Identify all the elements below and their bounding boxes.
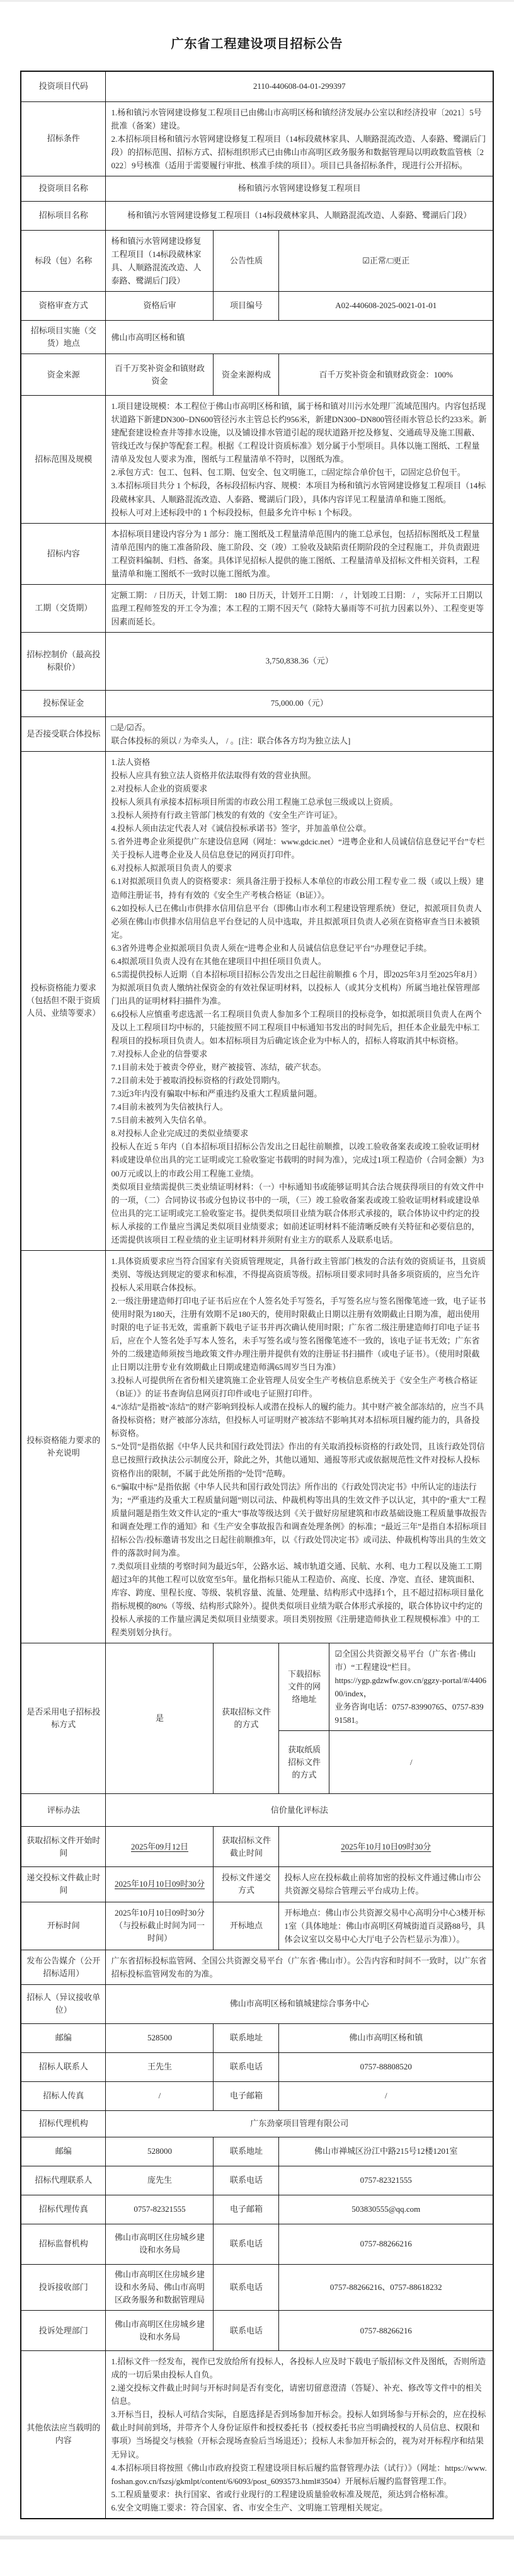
table-row: 招标控制价（最高投标限价） 3,750,838.36（元）	[21, 632, 493, 690]
submission-deadline-label: 递交投标文件截止时间	[21, 1867, 106, 1902]
paper-documents-value: /	[329, 1731, 493, 1794]
table-row: 递交投标文件截止时间 2025年10月10日09时30分 投标文件递交方式 投标…	[21, 1867, 493, 1902]
fund-source-value: 百千万奖补资金和镇财政资金	[106, 354, 214, 396]
obtain-start-label: 获取招标文件开始时间	[21, 1827, 106, 1867]
tenderer-phone-value: 0757-88808520	[279, 2052, 493, 2081]
evaluation-method-label: 评标办法	[21, 1794, 106, 1827]
table-row: 招标内容 本招标项目建设内容分为 1 部分：施工图纸及工程量清单范围内的施工总承…	[21, 523, 493, 584]
tender-content-value: 本招标项目建设内容分为 1 部分：施工图纸及工程量清单范围内的施工总承包，包括招…	[106, 523, 493, 584]
table-row: 招标代理机构 广东劲豪项目管理有限公司	[21, 2110, 493, 2137]
bid-deposit-value: 75,000.00（元）	[106, 690, 493, 716]
download-address-value: ☑全国公共资源交易平台（广东省·佛山市）“工程建设”栏目。 https://yg…	[329, 1643, 493, 1731]
qualification-review-value: 资格后审	[106, 291, 214, 320]
submission-deadline-value: 2025年10月10日09时30分	[106, 1867, 214, 1902]
agency-email-label: 电子邮箱	[214, 2195, 279, 2224]
page-title: 广东省工程建设项目招标公告	[0, 33, 514, 52]
tenderer-phone-label: 联系电话	[214, 2052, 279, 2081]
tenderer-contact-label: 招标人联系人	[21, 2052, 106, 2081]
obtain-deadline-value: 2025年10月10日09时30分	[279, 1827, 493, 1867]
table-row: 是否接受联合体投标 □是/☑否。 联合体投标的须以 / 为牵头人， / 。[注：…	[21, 716, 493, 751]
bid-deposit-label: 投标保证金	[21, 690, 106, 716]
table-row: 资格审查方式 资格后审 项目编号 A02-440608-2025-0021-01…	[21, 291, 493, 320]
supervisor-label: 招标监督机构	[21, 2224, 106, 2264]
agency-contact-value: 庞先生	[106, 2166, 214, 2195]
qualification-requirements-label: 投标资格能力要求（包括但不限于资质人员、业绩等要求）	[21, 752, 106, 1251]
project-code-value: 2110-440608-04-01-299397	[106, 71, 493, 101]
tender-content-label: 招标内容	[21, 523, 106, 584]
tenderer-fax-value: /	[106, 2081, 214, 2110]
announcement-media-label: 发布公告媒介（公开招标适用）	[21, 1950, 106, 1984]
agency-fax-value: 0757-82321555	[106, 2195, 214, 2224]
table-row: 投标资格能力要求（包括但不限于资质人员、业绩等要求） 1.法人资格 投标人应具有…	[21, 752, 493, 1251]
complaint-handling-phone-label: 联系电话	[214, 2311, 279, 2351]
table-row: 投诉处理部门 佛山市高明区住房城乡建设和水务局 联系电话 0757-882662…	[21, 2311, 493, 2351]
obtain-deadline-label: 获取招标文件截止时间	[214, 1827, 279, 1867]
scope-value: 1.项目建设规模：本工程位于佛山市高明区杨和镇，属于杨和镇对川污水处理厂流域范围…	[106, 396, 493, 523]
obtain-documents-label: 获取招标文件的方式	[214, 1643, 279, 1794]
opening-place-value: 开标地点：佛山市公共资源交易中心高明分中心3楼开标1室（具体地址：佛山市高明区荷…	[279, 1902, 493, 1950]
table-row: 发布公告媒介（公开招标适用） 广东省招标投标监管网、全国公共资源交易平台（广东省…	[21, 1950, 493, 1984]
table-row: 招标代理传真 0757-82321555 电子邮箱 503830555@qq.c…	[21, 2195, 493, 2224]
table-row: 招标项目名称 杨和镇污水管网建设修复工程项目（14标段葳林家具、人顺路混流改造、…	[21, 201, 493, 230]
agency-phone-label: 联系电话	[214, 2166, 279, 2195]
tenderer-contact-value: 王先生	[106, 2052, 214, 2081]
consortium-value: □是/☑否。 联合体投标的须以 / 为牵头人， / 。[注：联合体各方均为独立法…	[106, 716, 493, 751]
table-row: 招标监督机构 佛山市高明区住房城乡建设和水务局 联系电话 0757-882662…	[21, 2224, 493, 2264]
table-row: 开标时间 2025年10月10日09时30分（与投标截止时间为同一时间） 开标地…	[21, 1902, 493, 1950]
complaint-handling-value: 佛山市高明区住房城乡建设和水务局	[106, 2311, 214, 2351]
complaint-receiving-phone-value: 0757-88266216、0757-88618232	[279, 2264, 493, 2310]
tender-project-name-label: 招标项目名称	[21, 201, 106, 230]
table-row: 投资项目名称 杨和镇污水管网建设修复工程项目	[21, 176, 493, 201]
tenderer-label: 招标人（异议接收单位）	[21, 1984, 106, 2023]
tenderer-value: 佛山市高明区杨和镇城建综合事务中心	[106, 1984, 493, 2023]
bottom-border	[0, 2536, 514, 2539]
table-row: 招标项目实施（交货）地点 佛山市高明区杨和镇	[21, 320, 493, 354]
tenderer-address-value: 佛山市高明区杨和镇	[279, 2023, 493, 2052]
fund-source-label: 资金来源	[21, 354, 106, 396]
table-row: 邮编 528000 联系地址 佛山市禅城区汾江中路215号12楼1201室	[21, 2137, 493, 2166]
agency-value: 广东劲豪项目管理有限公司	[106, 2110, 493, 2137]
table-row: 招标范围及规模 1.项目建设规模：本工程位于佛山市高明区杨和镇，属于杨和镇对川污…	[21, 396, 493, 523]
agency-address-value: 佛山市禅城区汾江中路215号12楼1201室	[279, 2137, 493, 2166]
project-number-value: A02-440608-2025-0021-01-01	[279, 291, 493, 320]
other-content-label: 其他依法应当载明的内容	[21, 2351, 106, 2519]
agency-contact-label: 招标代理联系人	[21, 2166, 106, 2195]
complaint-handling-label: 投诉处理部门	[21, 2311, 106, 2351]
table-row: 评标办法 信价量化评标法	[21, 1794, 493, 1827]
download-address-label: 下载招标文件的网络地址	[279, 1643, 329, 1731]
tenderer-postcode-label: 邮编	[21, 2023, 106, 2052]
announcement-media-value: 广东省招标投标监管网、全国公共资源交易平台（广东省·佛山市）。公告内容和时间不一…	[106, 1950, 493, 1984]
delivery-place-value: 佛山市高明区杨和镇	[106, 320, 493, 354]
price-ceiling-value: 3,750,838.36（元）	[106, 632, 493, 690]
table-row: 投诉接收部门 佛山市高明区住房城乡建设和水务局、佛山市高明区政务服务和数据管理局…	[21, 2264, 493, 2310]
qualification-supplement-value: 1.具体资质要求应当符合国家有关资质管理规定，具备行政主管部门核发的合法有效的资…	[106, 1250, 493, 1643]
delivery-place-label: 招标项目实施（交货）地点	[21, 320, 106, 354]
tenderer-address-label: 联系地址	[214, 2023, 279, 2052]
price-ceiling-label: 招标控制价（最高投标限价）	[21, 632, 106, 690]
complaint-receiving-phone-label: 联系电话	[214, 2264, 279, 2310]
duration-label: 工期（交货期）	[21, 584, 106, 632]
table-row: 是否采用电子招标投标方式 是 获取招标文件的方式 下载招标文件的网络地址 ☑全国…	[21, 1643, 493, 1731]
agency-address-label: 联系地址	[214, 2137, 279, 2166]
table-row: 投标保证金 75,000.00（元）	[21, 690, 493, 716]
investment-project-name-label: 投资项目名称	[21, 176, 106, 201]
table-row: 招标人（异议接收单位） 佛山市高明区杨和镇城建综合事务中心	[21, 1984, 493, 2023]
notice-nature-label: 公告性质	[214, 230, 279, 291]
submission-method-label: 投标文件递交方式	[214, 1867, 279, 1902]
e-tender-value: 是	[106, 1643, 214, 1794]
duration-value: 定额工期： / 日历天，计划工期： 180 日历天，计划开工日期： / ，计划竣…	[106, 584, 493, 632]
complaint-handling-phone-value: 0757-88266216	[279, 2311, 493, 2351]
scope-label: 招标范围及规模	[21, 396, 106, 523]
supervisor-phone-value: 0757-88266216	[279, 2224, 493, 2264]
section-name-label: 标段（包）名称	[21, 230, 106, 291]
tender-project-name-value: 杨和镇污水管网建设修复工程项目（14标段葳林家具、人顺路混流改造、人泰路、鹭湖后…	[106, 201, 493, 230]
project-number-label: 项目编号	[214, 291, 279, 320]
fund-composition-value: 百千万奖补资金和镇财政资金：100%	[279, 354, 493, 396]
table-row: 招标代理联系人 庞先生 联系电话 0757-82321555	[21, 2166, 493, 2195]
table-row: 标段（包）名称 杨和镇污水管网建设修复工程项目（14标段葳林家具、人顺路混流改造…	[21, 230, 493, 291]
fund-composition-label: 资金来源构成	[214, 354, 279, 396]
supervisor-value: 佛山市高明区住房城乡建设和水务局	[106, 2224, 214, 2264]
evaluation-method-value: 信价量化评标法	[106, 1794, 493, 1827]
agency-postcode-value: 528000	[106, 2137, 214, 2166]
table-row: 获取招标文件开始时间 2025年09月12日 获取招标文件截止时间 2025年1…	[21, 1827, 493, 1867]
agency-email-value: 503830555@qq.com	[279, 2195, 493, 2224]
opening-place-label: 开标地点	[214, 1902, 279, 1950]
tender-conditions-value: 1.杨和镇污水管网建设修复工程项目已由佛山市高明区杨和镇经济发展办公室以和经济投…	[106, 101, 493, 176]
table-row: 资金来源 百千万奖补资金和镇财政资金 资金来源构成 百千万奖补资金和镇财政资金：…	[21, 354, 493, 396]
table-row: 投标资格能力要求的补充说明 1.具体资质要求应当符合国家有关资质管理规定，具备行…	[21, 1250, 493, 1643]
table-row: 投资项目代码 2110-440608-04-01-299397	[21, 71, 493, 101]
agency-fax-label: 招标代理传真	[21, 2195, 106, 2224]
opening-time-value: 2025年10月10日09时30分（与投标截止时间为同一时间）	[106, 1902, 214, 1950]
agency-phone-value: 0757-82321555	[279, 2166, 493, 2195]
opening-time-label: 开标时间	[21, 1902, 106, 1950]
project-code-label: 投资项目代码	[21, 71, 106, 101]
complaint-receiving-value: 佛山市高明区住房城乡建设和水务局、佛山市高明区政务服务和数据管理局	[106, 2264, 214, 2310]
table-row: 招标条件 1.杨和镇污水管网建设修复工程项目已由佛山市高明区杨和镇经济发展办公室…	[21, 101, 493, 176]
table-row: 其他依法应当载明的内容 1.招标文件一经发布，视作已发放给所有投标人，各投标人应…	[21, 2351, 493, 2519]
tenderer-email-label: 电子邮箱	[214, 2081, 279, 2110]
table-row: 邮编 528500 联系地址 佛山市高明区杨和镇	[21, 2023, 493, 2052]
submission-method-value: 投标人应在投标截止前将加密的投标文件通过佛山市公共资源交易综合管理云平台成功上传…	[279, 1867, 493, 1902]
consortium-label: 是否接受联合体投标	[21, 716, 106, 751]
top-border	[0, 0, 514, 2]
qualification-supplement-label: 投标资格能力要求的补充说明	[21, 1250, 106, 1643]
agency-postcode-label: 邮编	[21, 2137, 106, 2166]
tender-conditions-label: 招标条件	[21, 101, 106, 176]
obtain-start-value: 2025年09月12日	[106, 1827, 214, 1867]
table-row: 招标人传真 / 电子邮箱 /	[21, 2081, 493, 2110]
supervisor-phone-label: 联系电话	[214, 2224, 279, 2264]
complaint-receiving-label: 投诉接收部门	[21, 2264, 106, 2310]
tenderer-fax-label: 招标人传真	[21, 2081, 106, 2110]
table-row: 工期（交货期） 定额工期： / 日历天，计划工期： 180 日历天，计划开工日期…	[21, 584, 493, 632]
investment-project-name-value: 杨和镇污水管网建设修复工程项目	[106, 176, 493, 201]
notice-nature-value: ☑正常/□更正	[279, 230, 493, 291]
announcement-table: 投资项目代码 2110-440608-04-01-299397 招标条件 1.杨…	[20, 71, 494, 2519]
agency-label: 招标代理机构	[21, 2110, 106, 2137]
section-name-value: 杨和镇污水管网建设修复工程项目（14标段葳林家具、人顺路混流改造、人泰路、鹭湖后…	[106, 230, 214, 291]
paper-documents-label: 获取纸质招标文件的方式	[279, 1731, 329, 1794]
qualification-requirements-value: 1.法人资格 投标人应具有独立法人资格并依法取得有效的营业执照。 2.对投标人企…	[106, 752, 493, 1251]
tenderer-postcode-value: 528500	[106, 2023, 214, 2052]
qualification-review-label: 资格审查方式	[21, 291, 106, 320]
tenderer-email-value: /	[279, 2081, 493, 2110]
other-content-value: 1.招标文件一经发布，视作已发放给所有投标人，各投标人应及时下载电子版招标文件及…	[106, 2351, 493, 2519]
table-row: 招标人联系人 王先生 联系电话 0757-88808520	[21, 2052, 493, 2081]
e-tender-label: 是否采用电子招标投标方式	[21, 1643, 106, 1794]
